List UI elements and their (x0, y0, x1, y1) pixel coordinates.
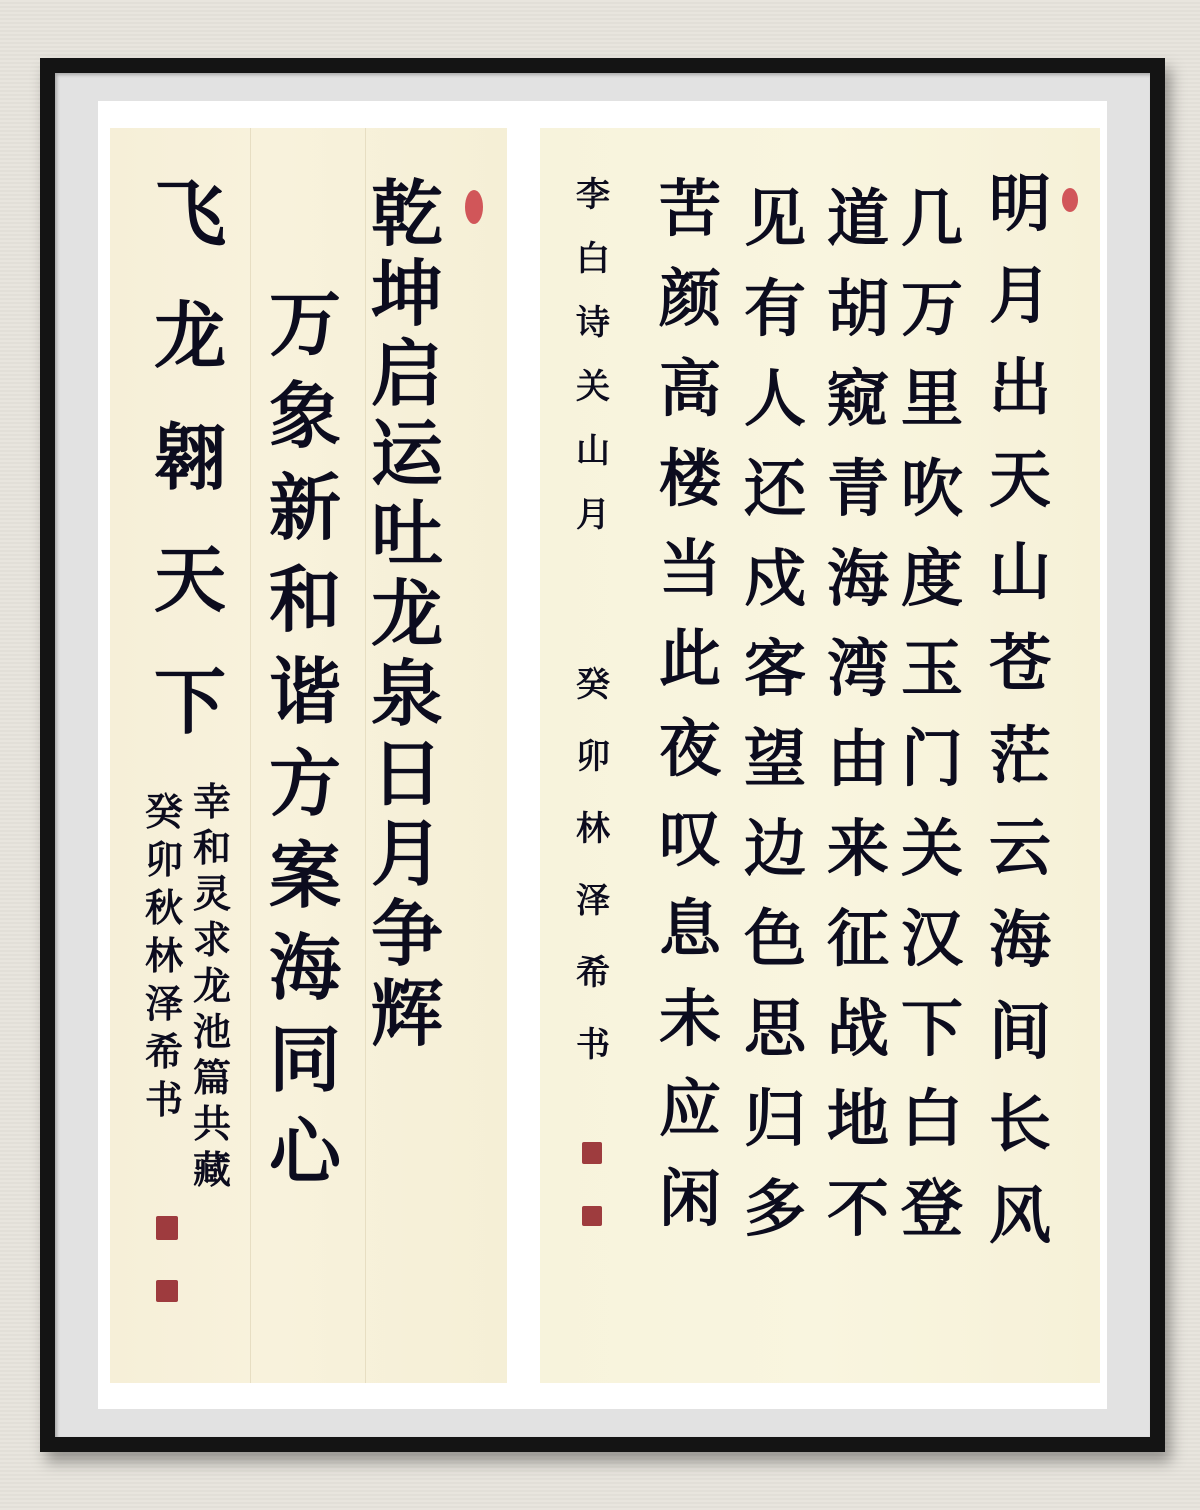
text-column-1: 明 月 出 天 山 苍 茫 云 海 间 长 风 (980, 173, 1060, 1247)
leading-seal (465, 190, 483, 224)
artist-seal-1 (582, 1142, 602, 1164)
inscription-column-2: 癸 卯 秋 林 泽 希 书 (142, 793, 186, 1119)
inscription-column-1: 幸 和 灵 求 龙 池 篇 共 藏 (190, 783, 234, 1189)
text-column-2: 几 万 里 吹 度 玉 门 关 汉 下 白 登 (892, 188, 972, 1240)
artist-seal-1 (156, 1216, 178, 1240)
title-column: 李 白 诗 关 山 月 (568, 178, 618, 532)
text-column-2: 万 象 新 和 谐 方 案 海 同 心 (260, 288, 350, 1188)
text-column-3: 道 胡 窥 青 海 湾 由 来 征 战 地 不 (818, 188, 898, 1240)
signature-column: 癸 卯 林 泽 希 书 (568, 668, 618, 1062)
artist-seal-2 (156, 1280, 178, 1302)
paper-crease (250, 128, 251, 1383)
left-calligraphy-scroll: 乾 坤 启 运 吐 龙 泉 日 月 争 辉 万 象 新 和 谐 方 案 海 同 … (110, 128, 507, 1383)
text-column-3: 飞 龙 翱 天 下 (145, 178, 235, 738)
right-calligraphy-scroll: 明 月 出 天 山 苍 茫 云 海 间 长 风 几 万 里 吹 度 玉 门 关 … (540, 128, 1100, 1383)
text-column-5: 苦 颜 高 楼 当 此 夜 叹 息 未 应 闲 (650, 178, 730, 1230)
leading-seal (1062, 188, 1078, 212)
text-column-1: 乾 坤 启 运 吐 龙 泉 日 月 争 辉 (362, 178, 452, 1050)
text-column-4: 见 有 人 还 戍 客 望 边 色 思 归 多 (735, 188, 815, 1240)
artist-seal-2 (582, 1206, 602, 1226)
